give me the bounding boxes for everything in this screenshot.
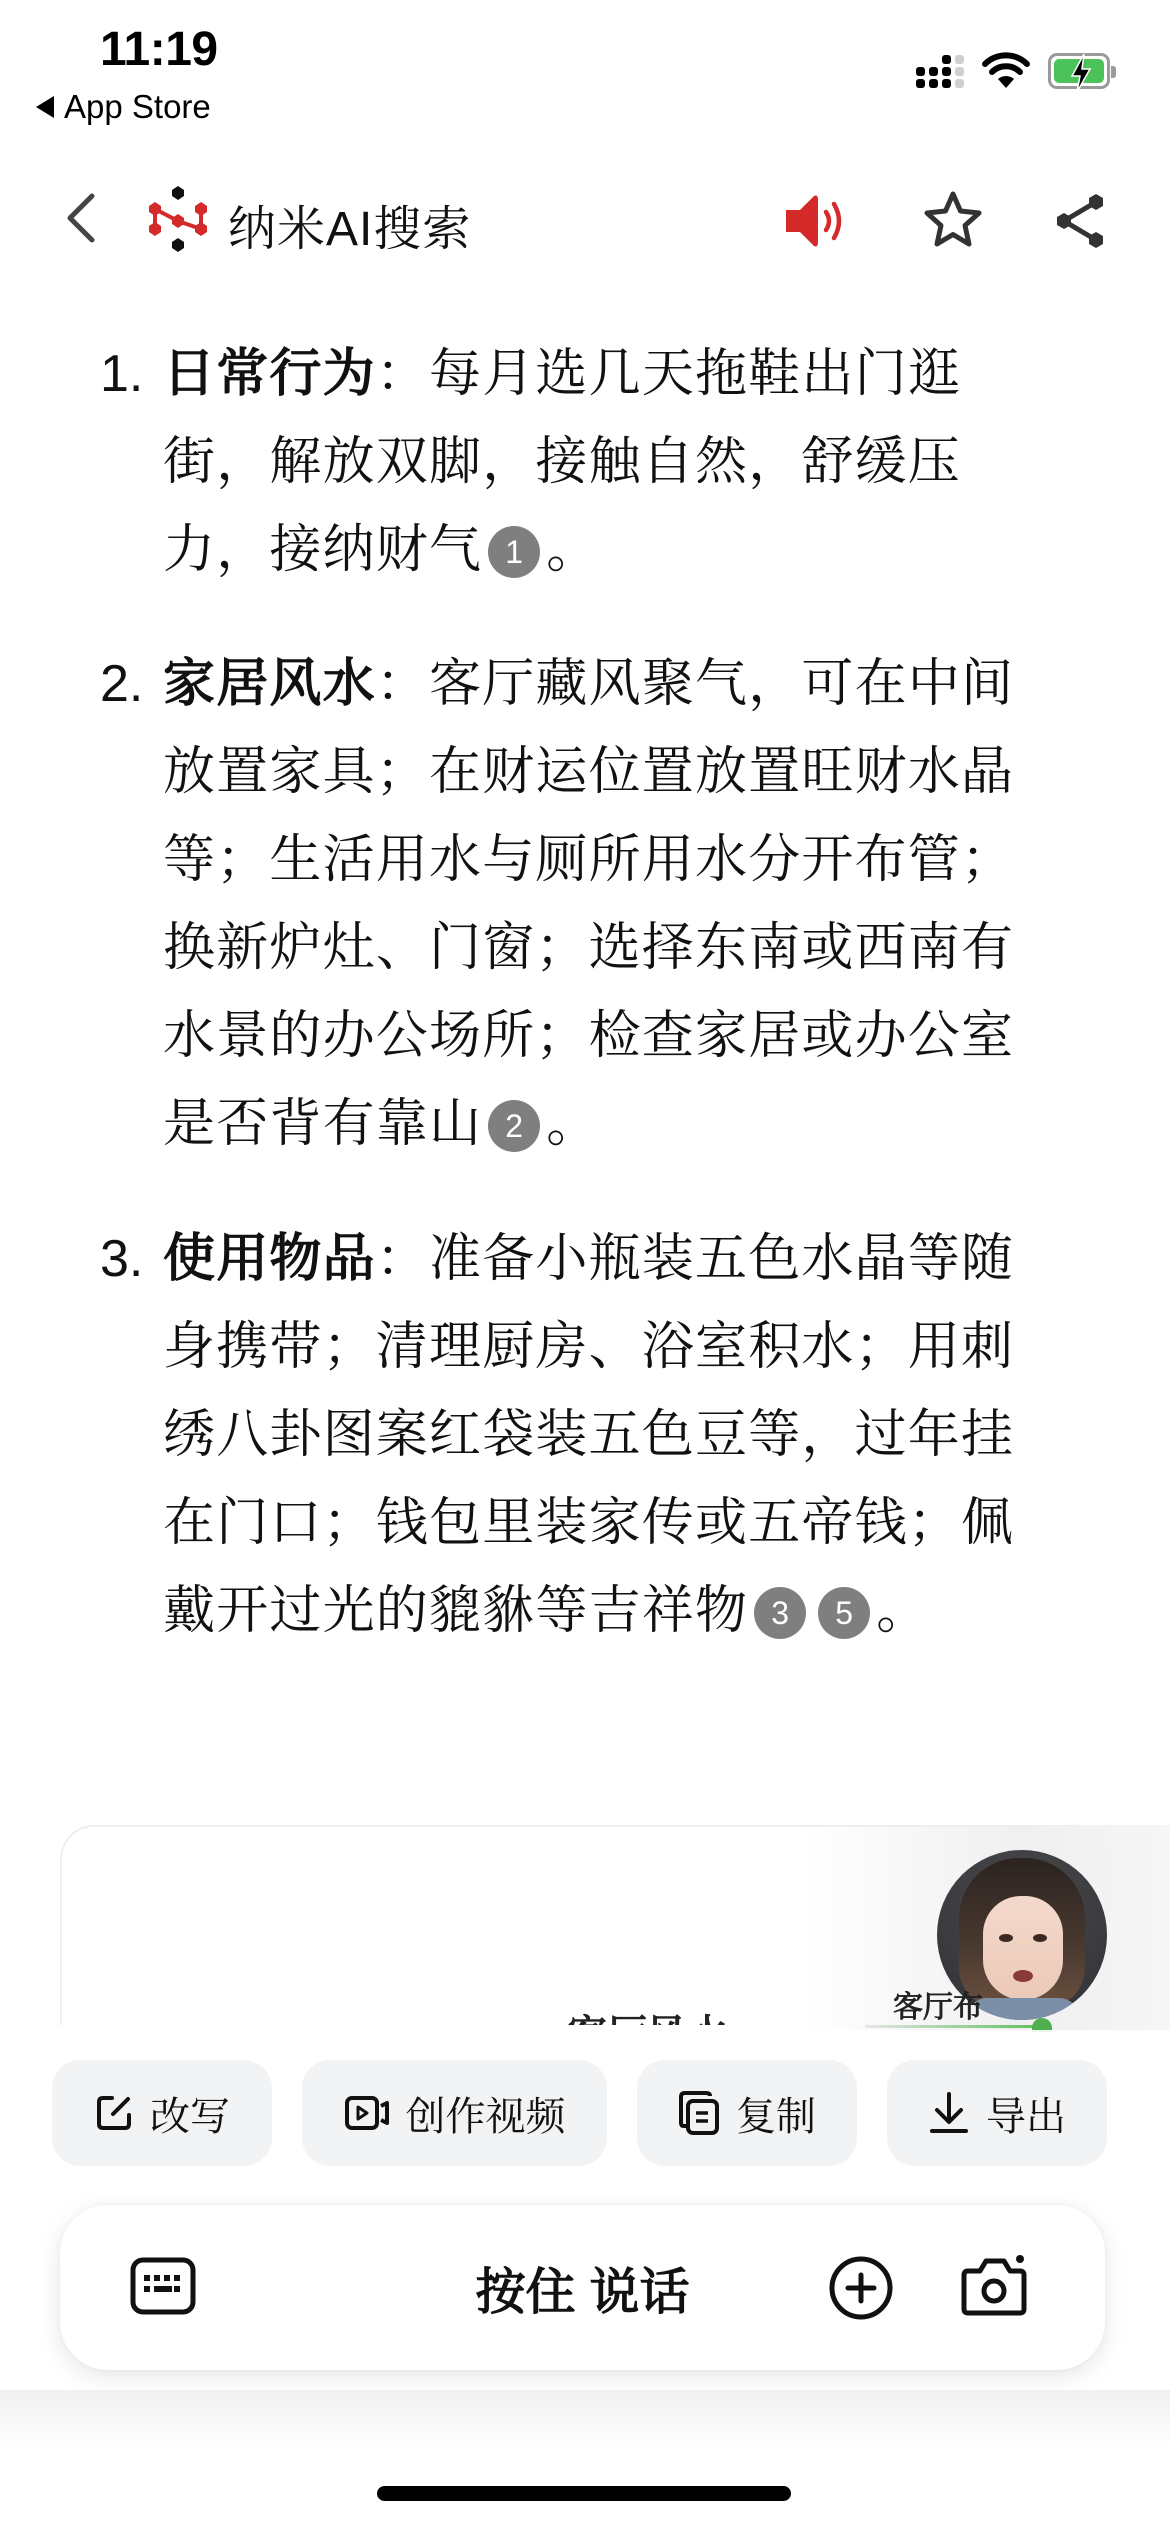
copy-button[interactable]: 复制 <box>637 2060 857 2166</box>
avatar-caption: 客厅布 <box>893 1982 983 2026</box>
app-header: 纳米AI搜索 <box>0 170 1170 266</box>
list-item-body: 使用物品：准备小瓶装五色水晶等随身携带；清理厨房、浴室积水；用刺绣八卦图案红袋装… <box>163 1215 1043 1655</box>
status-time: 11:19 <box>100 22 218 77</box>
period: 。 <box>546 521 599 579</box>
app-title: 纳米AI搜索 <box>228 190 471 259</box>
citation-badge[interactable]: 1 <box>488 526 540 578</box>
list-number: 2. <box>100 640 143 728</box>
rewrite-button[interactable]: 改写 <box>52 2060 272 2166</box>
separator: ： <box>376 345 429 403</box>
chevron-left-icon[interactable] <box>58 190 108 246</box>
wifi-icon <box>982 52 1030 90</box>
camera-icon[interactable] <box>960 2253 1028 2319</box>
create-video-button[interactable]: 创作视频 <box>302 2060 607 2166</box>
battery-charging-icon <box>1048 53 1110 89</box>
rewrite-label: 改写 <box>150 2085 230 2142</box>
list-heading: 家居风水 <box>163 655 376 713</box>
create-video-label: 创作视频 <box>406 2085 566 2142</box>
back-app-label: App Store <box>64 88 211 126</box>
citation-badge[interactable]: 2 <box>488 1100 540 1152</box>
avatar-progress-line <box>865 2025 1040 2028</box>
back-triangle-icon <box>36 96 54 118</box>
list-text: 准备小瓶装五色水晶等随身携带；清理厨房、浴室积水；用刺绣八卦图案红袋装五色豆等，… <box>163 1230 1014 1640</box>
nami-logo-icon <box>145 184 211 254</box>
copy-label: 复制 <box>736 2085 816 2142</box>
plus-circle-icon[interactable] <box>828 2255 894 2321</box>
share-icon[interactable] <box>1052 192 1108 250</box>
export-label: 导出 <box>986 2085 1066 2142</box>
period: 。 <box>546 1095 599 1153</box>
back-to-app-store[interactable]: App Store <box>36 88 211 126</box>
keyboard-icon[interactable] <box>130 2257 196 2315</box>
separator: ： <box>376 1230 429 1288</box>
star-icon[interactable] <box>922 190 984 250</box>
home-indicator[interactable] <box>377 2486 791 2501</box>
cellular-signal-icon <box>916 55 964 88</box>
hold-to-talk-button[interactable]: 按住 说话 <box>60 2205 1105 2370</box>
export-button[interactable]: 导出 <box>887 2060 1107 2166</box>
list-heading: 日常行为 <box>163 345 376 403</box>
list-heading: 使用物品 <box>163 1230 376 1288</box>
copy-icon <box>678 2090 720 2136</box>
list-item-body: 家居风水：客厅藏风聚气，可在中间放置家具；在财运位置放置旺财水晶等；生活用水与厕… <box>163 640 1043 1168</box>
speaker-icon[interactable] <box>782 192 848 250</box>
list-number: 3. <box>100 1215 143 1303</box>
citation-badge[interactable]: 3 <box>754 1587 806 1639</box>
list-item-body: 日常行为：每月选几天拖鞋出门逛街，解放双脚，接触自然，舒缓压力，接纳财气1。 <box>163 330 1043 594</box>
download-icon <box>928 2091 970 2135</box>
video-icon <box>344 2094 390 2132</box>
action-bar: 改写 创作视频 复制 导出 <box>0 2030 1170 2180</box>
status-icons <box>916 52 1110 90</box>
card-title-clipped: 客厅风水 <box>567 2015 727 2025</box>
list-text: 客厅藏风聚气，可在中间放置家具；在财运位置放置旺财水晶等；生活用水与厕所用水分开… <box>163 655 1014 1153</box>
bottom-fade <box>0 2390 1170 2450</box>
citation-badge[interactable]: 5 <box>818 1587 870 1639</box>
edit-icon <box>94 2093 134 2133</box>
period: 。 <box>876 1582 929 1640</box>
separator: ： <box>376 655 429 713</box>
list-number: 1. <box>100 330 143 418</box>
voice-input-bar: 按住 说话 <box>60 2205 1105 2370</box>
